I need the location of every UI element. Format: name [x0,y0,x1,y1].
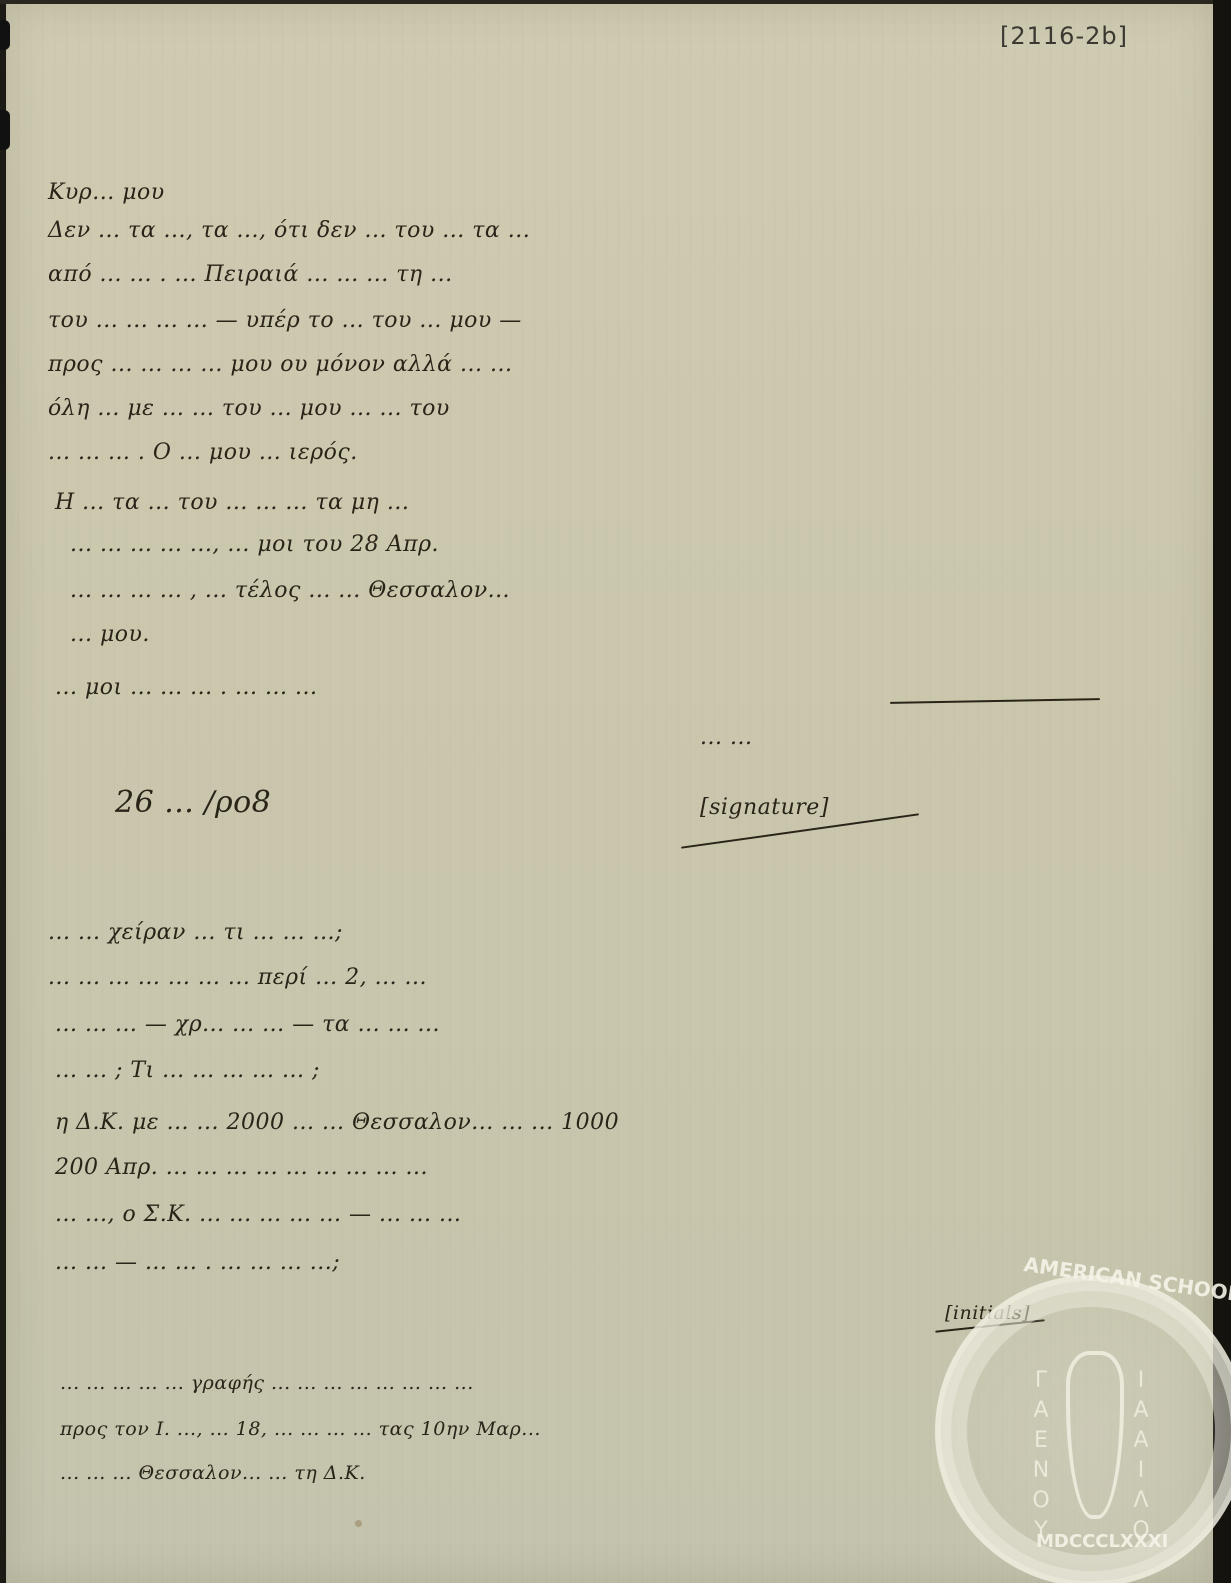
body-line: Η ... τα ... του ... ... ... τα μη ... [55,490,409,515]
body-line: όλη ... με ... ... του ... μου ... ... τ… [48,396,450,421]
seal-amphora-icon [1066,1351,1124,1519]
postscript-line: ... ... χείραν ... τι ... ... ...; [48,920,343,945]
body-line: του ... ... ... ... — υπέρ το ... του ..… [48,308,522,333]
postscript-line: η Δ.Κ. με ... ... 2000 ... ... Θεσσαλον.… [55,1110,619,1135]
seal-year: MDCCCLXXXI [1036,1531,1168,1552]
body-line: ... ... ... ... , ... τέλος ... ... Θεσσ… [70,578,510,603]
body-line: ... μου. [70,622,150,647]
binding-hole-mark [0,110,10,150]
postscript-line: ... ... — ... ... . ... ... ... ...; [55,1250,340,1275]
paper-stain [355,1520,362,1527]
body-line: ... μοι ... ... ... . ... ... ... [55,675,317,700]
postscript-line: ... ... ... ... ... ... ... περί ... 2, … [48,965,427,990]
body-line: Δεν ... τα ..., τα ..., ότι δεν ... του … [48,218,530,243]
final-note-line: προς τον Ι. ..., ... 18, ... ... ... ...… [60,1418,541,1440]
postscript-line: ... ... ; Τι ... ... ... ... ... ; [55,1058,320,1083]
closing-line: ... ... [700,725,752,750]
postscript-line: 200 Απρ. ... ... ... ... ... ... ... ...… [55,1155,428,1180]
postscript-line: ... ... ... — χρ... ... ... — τα ... ...… [55,1012,440,1037]
body-line: ... ... ... . Ο ... μου ... ιερός. [48,440,358,465]
final-note-line: ... ... ... ... ... γραφής ... ... ... .… [60,1372,474,1394]
letter-date: 26 ... /ρο8 [115,785,271,820]
salutation: Κυρ... μου [48,180,165,205]
body-line: προς ... ... ... ... μου ου μόνον αλλά .… [48,352,512,377]
final-note-line: ... ... ... Θεσσαλον... ... τη Δ.Κ. [60,1462,366,1484]
binding-hole-mark [0,20,10,50]
signature: [signature] [700,795,829,820]
seal-letters-right: ΙΑΑΙΛΟ [1126,1366,1156,1546]
postscript-line: ... ..., ο Σ.Κ. ... ... ... ... ... — ..… [55,1202,461,1227]
body-line: από ... ... . ... Πειραιά ... ... ... τη… [48,262,453,287]
archive-reference: [2116-2b] [1000,22,1128,50]
body-line: ... ... ... ... ..., ... μοι του 28 Απρ. [70,532,439,557]
embossed-seal: AMERICAN SCHOOL OF CLASSICAL STUDIES AT … [935,1275,1231,1583]
seal-letters-left: ΓΑΕΝΟΥ [1026,1366,1056,1546]
